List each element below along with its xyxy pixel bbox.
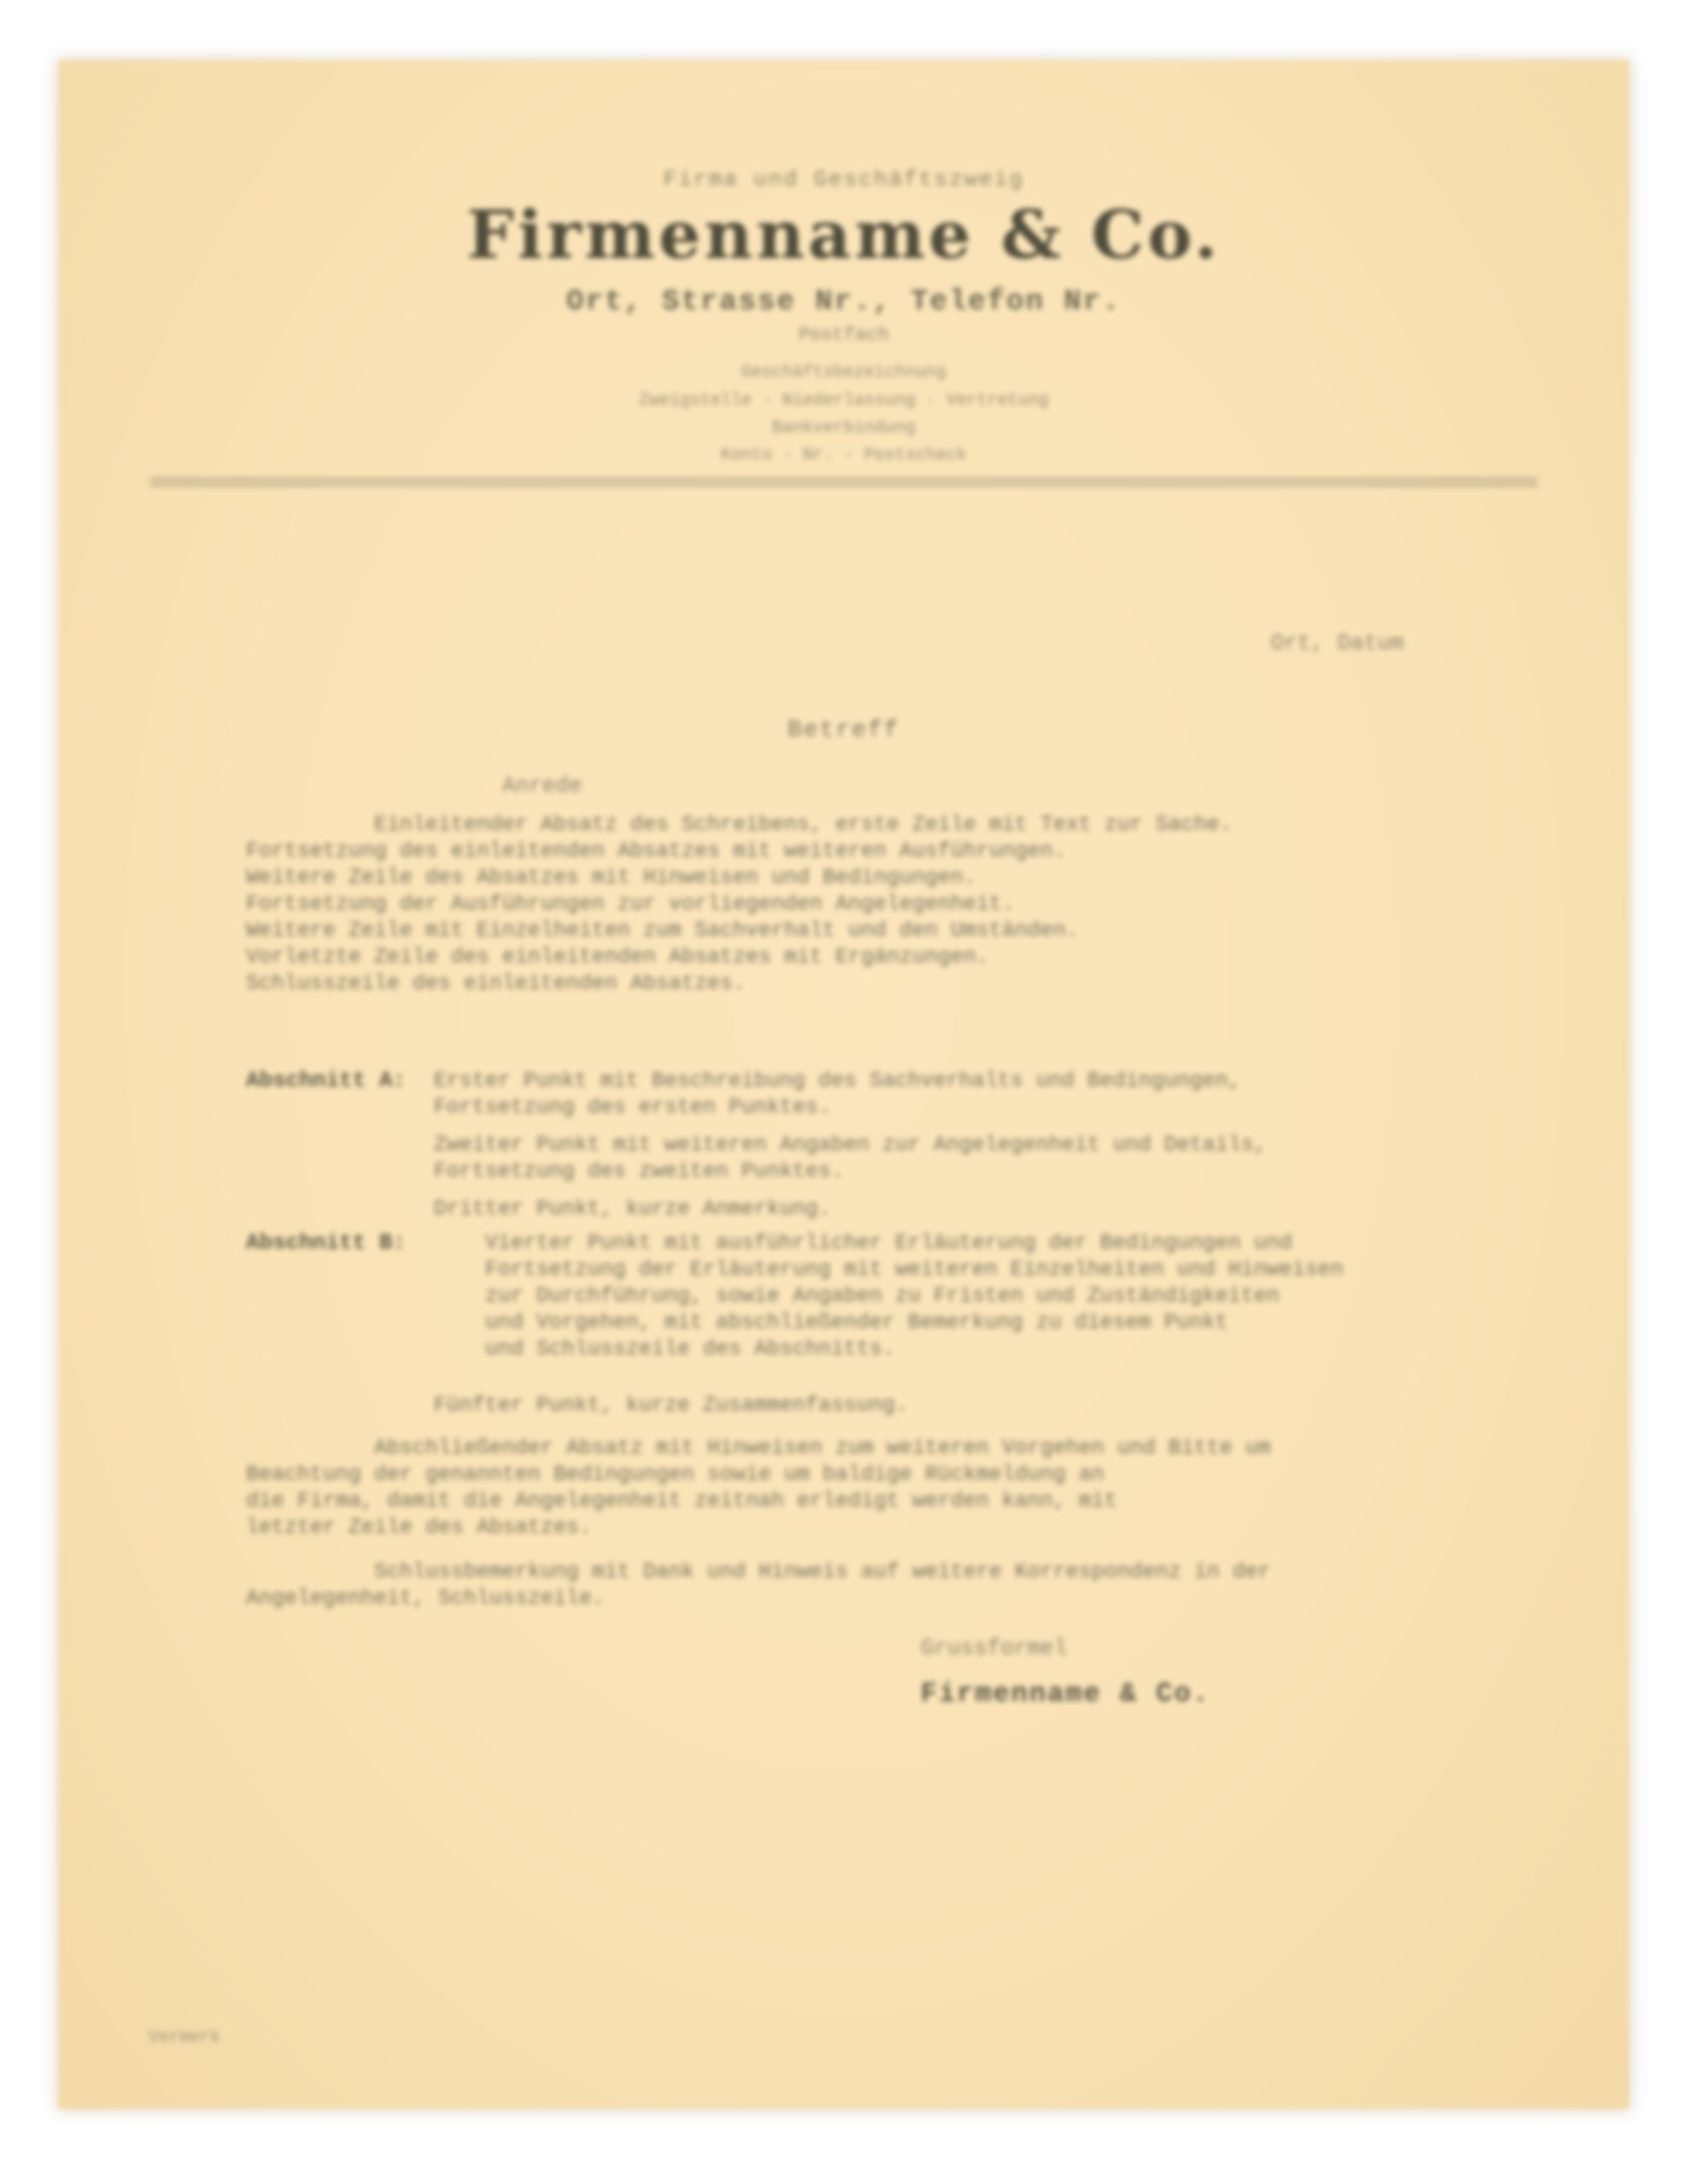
letter-date: Ort, Datum xyxy=(1271,630,1404,656)
letterhead-info-line: Zweigstelle · Niederlassung · Vertretung xyxy=(58,391,1629,411)
final-paragraph: Schlussbemerkung mit Dank und Hinweis au… xyxy=(246,1558,1544,1611)
letterhead-subline: Postfach xyxy=(58,324,1629,346)
section-b-label: Abschnitt B: xyxy=(246,1230,406,1255)
section-b-last-item: Fünfter Punkt, kurze Zusammenfassung. xyxy=(434,1392,1544,1418)
section-a-item: Dritter Punkt, kurze Anmerkung. xyxy=(434,1196,1544,1222)
signature-greeting: Grussformel xyxy=(921,1635,1067,1661)
letter-subject: Betreff xyxy=(58,717,1629,744)
letterhead-address: Ort, Strasse Nr., Telefon Nr. xyxy=(58,286,1629,319)
signature-company: Firmenname & Co. xyxy=(921,1678,1210,1710)
letterhead-tagline: Firma und Geschäftszweig xyxy=(58,167,1629,192)
letterhead-company-name: Firmenname & Co. xyxy=(58,196,1629,274)
letterhead-info-line: Konto · Nr. · Postscheck xyxy=(58,446,1629,465)
letter-page: Firma und Geschäftszweig Firmenname & Co… xyxy=(58,60,1629,2109)
footer-note: Vermerk xyxy=(149,2028,220,2048)
closing-paragraph: Abschließender Absatz mit Hinweisen zum … xyxy=(246,1435,1544,1541)
letterhead-info-line: Bankverbindung xyxy=(58,418,1629,438)
letter-salutation: Anrede xyxy=(502,773,582,798)
section-a-label: Abschnitt A: xyxy=(246,1067,406,1093)
intro-paragraph: Einleitender Absatz des Schreibens, erst… xyxy=(246,811,1544,997)
section-a-item: Zweiter Punkt mit weiteren Angaben zur A… xyxy=(434,1131,1544,1184)
letterhead-divider xyxy=(150,478,1537,486)
letterhead-info-line: Geschäftsbezeichnung xyxy=(58,363,1629,383)
section-b-paragraph: Vierter Punkt mit ausführlicher Erläuter… xyxy=(485,1230,1544,1362)
section-a-item: Erster Punkt mit Beschreibung des Sachve… xyxy=(434,1067,1544,1120)
